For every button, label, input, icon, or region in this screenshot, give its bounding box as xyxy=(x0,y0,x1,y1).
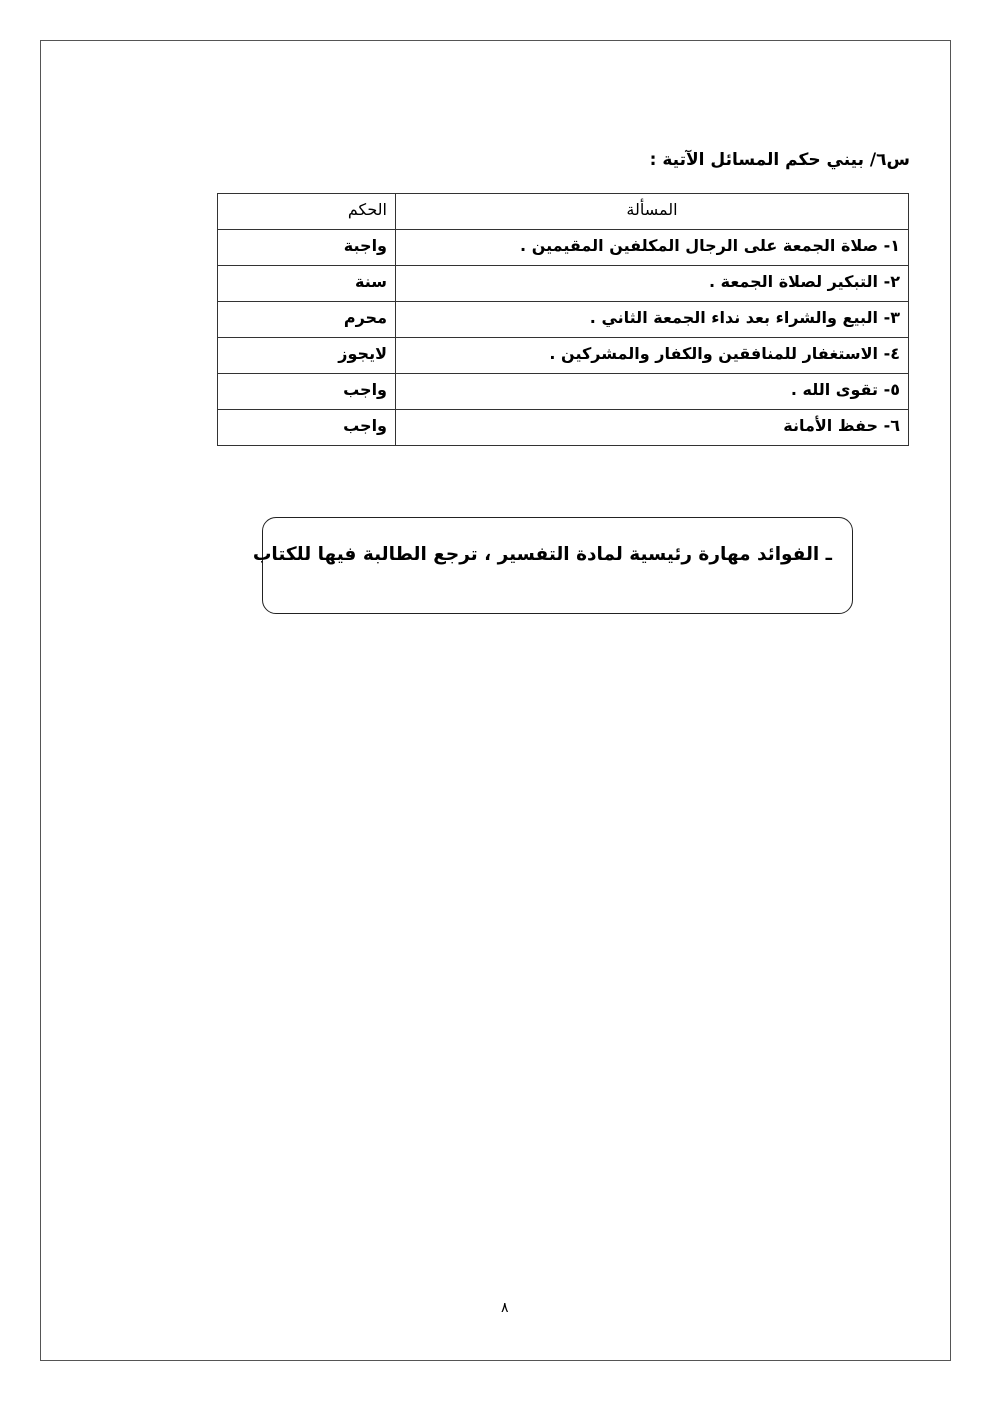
issue-cell: ٢- التبكير لصلاة الجمعة . xyxy=(396,266,909,302)
ruling-cell: واجب xyxy=(218,374,396,410)
note-box: ـ الفوائد مهارة رئيسية لمادة التفسير ، ت… xyxy=(262,517,853,614)
ruling-cell: واجبة xyxy=(218,230,396,266)
issue-cell: ٦- حفظ الأمانة xyxy=(396,410,909,446)
table-row: ١- صلاة الجمعة على الرجال المكلفين المقي… xyxy=(218,230,909,266)
rulings-table: المسألة الحكم ١- صلاة الجمعة على الرجال … xyxy=(217,193,909,446)
ruling-cell: لايجوز xyxy=(218,338,396,374)
page-number: ٨ xyxy=(501,1300,509,1316)
ruling-cell: واجب xyxy=(218,410,396,446)
ruling-cell: سنة xyxy=(218,266,396,302)
table-row: ٦- حفظ الأمانة واجب xyxy=(218,410,909,446)
table-row: ٢- التبكير لصلاة الجمعة . سنة xyxy=(218,266,909,302)
header-issue: المسألة xyxy=(396,194,909,230)
issue-cell: ١- صلاة الجمعة على الرجال المكلفين المقي… xyxy=(396,230,909,266)
table-row: ٥- تقوى الله . واجب xyxy=(218,374,909,410)
issue-cell: ٤- الاستغفار للمنافقين والكفار والمشركين… xyxy=(396,338,909,374)
issue-cell: ٣- البيع والشراء بعد نداء الجمعة الثاني … xyxy=(396,302,909,338)
table-header-row: المسألة الحكم xyxy=(218,194,909,230)
table-row: ٣- البيع والشراء بعد نداء الجمعة الثاني … xyxy=(218,302,909,338)
ruling-cell: محرم xyxy=(218,302,396,338)
header-ruling: الحكم xyxy=(218,194,396,230)
question-title: س٦/ بيني حكم المسائل الآتية : xyxy=(650,150,910,170)
table-row: ٤- الاستغفار للمنافقين والكفار والمشركين… xyxy=(218,338,909,374)
note-text: ـ الفوائد مهارة رئيسية لمادة التفسير ، ت… xyxy=(253,544,832,565)
issue-cell: ٥- تقوى الله . xyxy=(396,374,909,410)
